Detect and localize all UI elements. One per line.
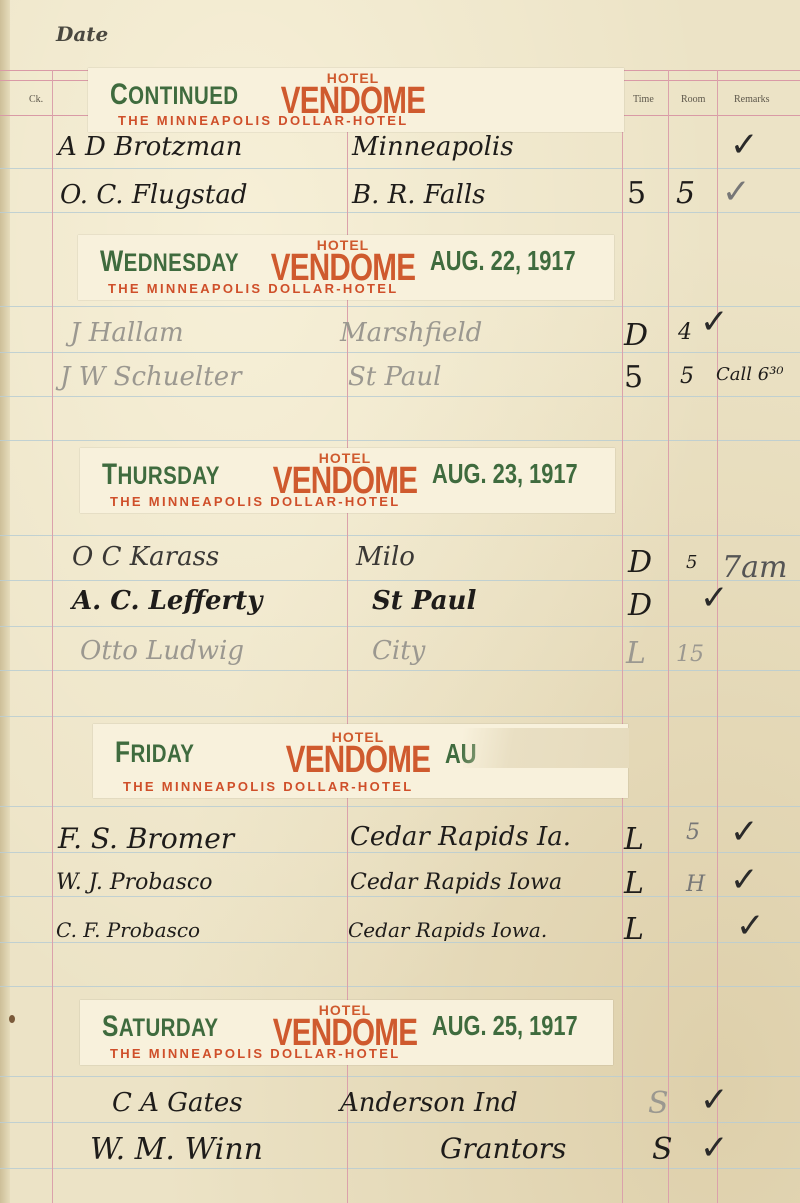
sticker-date: AUG. 22, 1917 (430, 245, 576, 277)
sticker-tagline: THE MINNEAPOLIS DOLLAR-HOTEL (123, 779, 413, 794)
sticker-day: CONTINUED (110, 78, 239, 112)
torn-area (463, 728, 629, 768)
guest-name: C. F. Probasco (56, 918, 200, 942)
guest-room: H (686, 872, 705, 897)
sticker-tagline: THE MINNEAPOLIS DOLLAR-HOTEL (110, 494, 400, 509)
vendome-label: VENDOME (269, 252, 417, 284)
guest-room: 4 (678, 320, 692, 345)
column-header-time: Time (633, 94, 654, 105)
checkmark-icon: ✓ (730, 125, 759, 165)
ruled-line (0, 352, 800, 353)
guest-city: St Paul (348, 362, 441, 392)
sticker-day: WEDNESDAY (100, 245, 239, 279)
ruled-line (0, 396, 800, 397)
guest-time: 5 (624, 360, 643, 395)
guest-name: Otto Ludwig (80, 636, 244, 666)
checkmark-icon: ✓ (700, 1128, 729, 1168)
guest-room: 15 (676, 642, 704, 667)
sticker-tagline: THE MINNEAPOLIS DOLLAR-HOTEL (110, 1046, 400, 1061)
page-binding-edge (0, 0, 10, 1203)
guest-city: Milo (356, 542, 415, 572)
hotel-vendome-logo: HOTEL VENDOME (263, 730, 453, 776)
checkmark-icon: ✓ (730, 812, 759, 852)
ruled-line (0, 1168, 800, 1169)
guest-name: A D Brotzman (58, 132, 242, 162)
guest-room: 5 (686, 820, 700, 845)
guest-time: D (628, 588, 652, 623)
ruled-line (0, 942, 800, 943)
ruled-line (0, 212, 800, 213)
guest-time: L (624, 866, 644, 901)
ruled-line (0, 896, 800, 897)
checkmark-icon: ✓ (700, 1080, 729, 1120)
hotel-vendome-logo: HOTEL VENDOME (248, 238, 438, 284)
hotel-vendome-logo: HOTEL VENDOME (250, 1003, 440, 1049)
guest-time: 5 (627, 176, 646, 211)
ruled-line (0, 440, 800, 441)
column-divider-city (622, 70, 623, 1203)
column-divider-ck (52, 70, 53, 1203)
guest-room: 5 (676, 176, 695, 211)
checkmark-icon: ✓ (722, 172, 751, 212)
guest-time: L (626, 636, 646, 671)
checkmark-icon: ✓ (730, 860, 759, 900)
column-header-ck: Ck. (29, 94, 43, 105)
guest-city: Cedar Rapids Ia. (350, 822, 571, 852)
guest-city: Cedar Rapids Iowa. (348, 918, 547, 942)
guest-remarks: Call 6³⁰ (716, 364, 784, 385)
column-divider-room (717, 70, 718, 1203)
ruled-line (0, 1076, 800, 1077)
sticker-tagline: THE MINNEAPOLIS DOLLAR-HOTEL (118, 113, 408, 128)
sticker-day: THURSDAY (102, 458, 220, 492)
guest-time: D (624, 318, 648, 353)
guest-remarks: 7am (722, 550, 787, 585)
vendome-label: VENDOME (271, 465, 419, 497)
guest-city: Minneapolis (352, 132, 514, 162)
guest-city: Marshfield (340, 318, 482, 348)
guest-time: D (628, 545, 652, 580)
ruled-line (0, 580, 800, 581)
sticker-day: SATURDAY (102, 1010, 219, 1044)
guest-name: C A Gates (112, 1088, 243, 1118)
ruled-line (0, 986, 800, 987)
sticker-day: FRIDAY (115, 736, 194, 770)
guest-room: 5 (680, 364, 694, 389)
ruled-line (0, 806, 800, 807)
column-divider-time (668, 70, 669, 1203)
hotel-vendome-logo: HOTEL VENDOME (258, 71, 448, 117)
sticker-tagline: THE MINNEAPOLIS DOLLAR-HOTEL (108, 281, 398, 296)
ruled-line (0, 535, 800, 536)
day-sticker-thursday: THURSDAY HOTEL VENDOME AUG. 23, 1917 THE… (80, 448, 615, 513)
ruled-line (0, 306, 800, 307)
guest-name: W. M. Winn (90, 1132, 263, 1167)
checkmark-icon: ✓ (736, 906, 765, 946)
sticker-date: AUG. 25, 1917 (432, 1010, 578, 1042)
guest-time: L (624, 822, 644, 857)
checkmark-icon: ✓ (700, 578, 729, 618)
guest-time: S (648, 1086, 669, 1121)
guest-city: Cedar Rapids Iowa (350, 870, 562, 895)
ruled-line (0, 716, 800, 717)
guest-city: St Paul (372, 586, 476, 616)
ruled-line (0, 168, 800, 169)
guest-name: O. C. Flugstad (60, 180, 248, 210)
hotel-register-page: Date Ck. Time Room Remarks CONTINUED HOT… (0, 0, 800, 1203)
guest-city: Anderson Ind (340, 1088, 518, 1118)
sticker-date: AUG. 23, 1917 (432, 458, 578, 490)
guest-time: L (624, 912, 644, 947)
guest-city: B. R. Falls (352, 180, 486, 210)
guest-city: City (372, 636, 425, 666)
ruled-line (0, 626, 800, 627)
hotel-vendome-logo: HOTEL VENDOME (250, 451, 440, 497)
ink-spot (9, 1015, 15, 1023)
guest-name: J W Schuelter (60, 362, 242, 392)
checkmark-icon: ✓ (700, 302, 729, 342)
guest-city: Grantors (440, 1132, 566, 1165)
guest-name: W. J. Probasco (56, 870, 212, 895)
guest-time: S (652, 1132, 673, 1167)
date-label: Date (56, 22, 108, 46)
day-sticker-saturday: SATURDAY HOTEL VENDOME AUG. 25, 1917 THE… (80, 1000, 613, 1065)
ruled-line (0, 670, 800, 671)
day-sticker-wednesday: WEDNESDAY HOTEL VENDOME AUG. 22, 1917 TH… (78, 235, 614, 300)
day-sticker-continued: CONTINUED HOTEL VENDOME THE MINNEAPOLIS … (88, 68, 624, 132)
guest-name: A. C. Lefferty (72, 586, 262, 616)
column-header-remarks: Remarks (734, 94, 770, 105)
ruled-line (0, 1122, 800, 1123)
vendome-label: VENDOME (271, 1017, 419, 1049)
guest-room: 5 (686, 552, 697, 573)
column-header-room: Room (681, 94, 705, 105)
vendome-label: VENDOME (284, 744, 432, 776)
guest-name: J Hallam (70, 318, 184, 348)
guest-name: O C Karass (72, 542, 219, 572)
day-sticker-friday: FRIDAY HOTEL VENDOME AU THE MINNEAPOLIS … (93, 724, 628, 798)
guest-name: F. S. Bromer (58, 822, 234, 855)
